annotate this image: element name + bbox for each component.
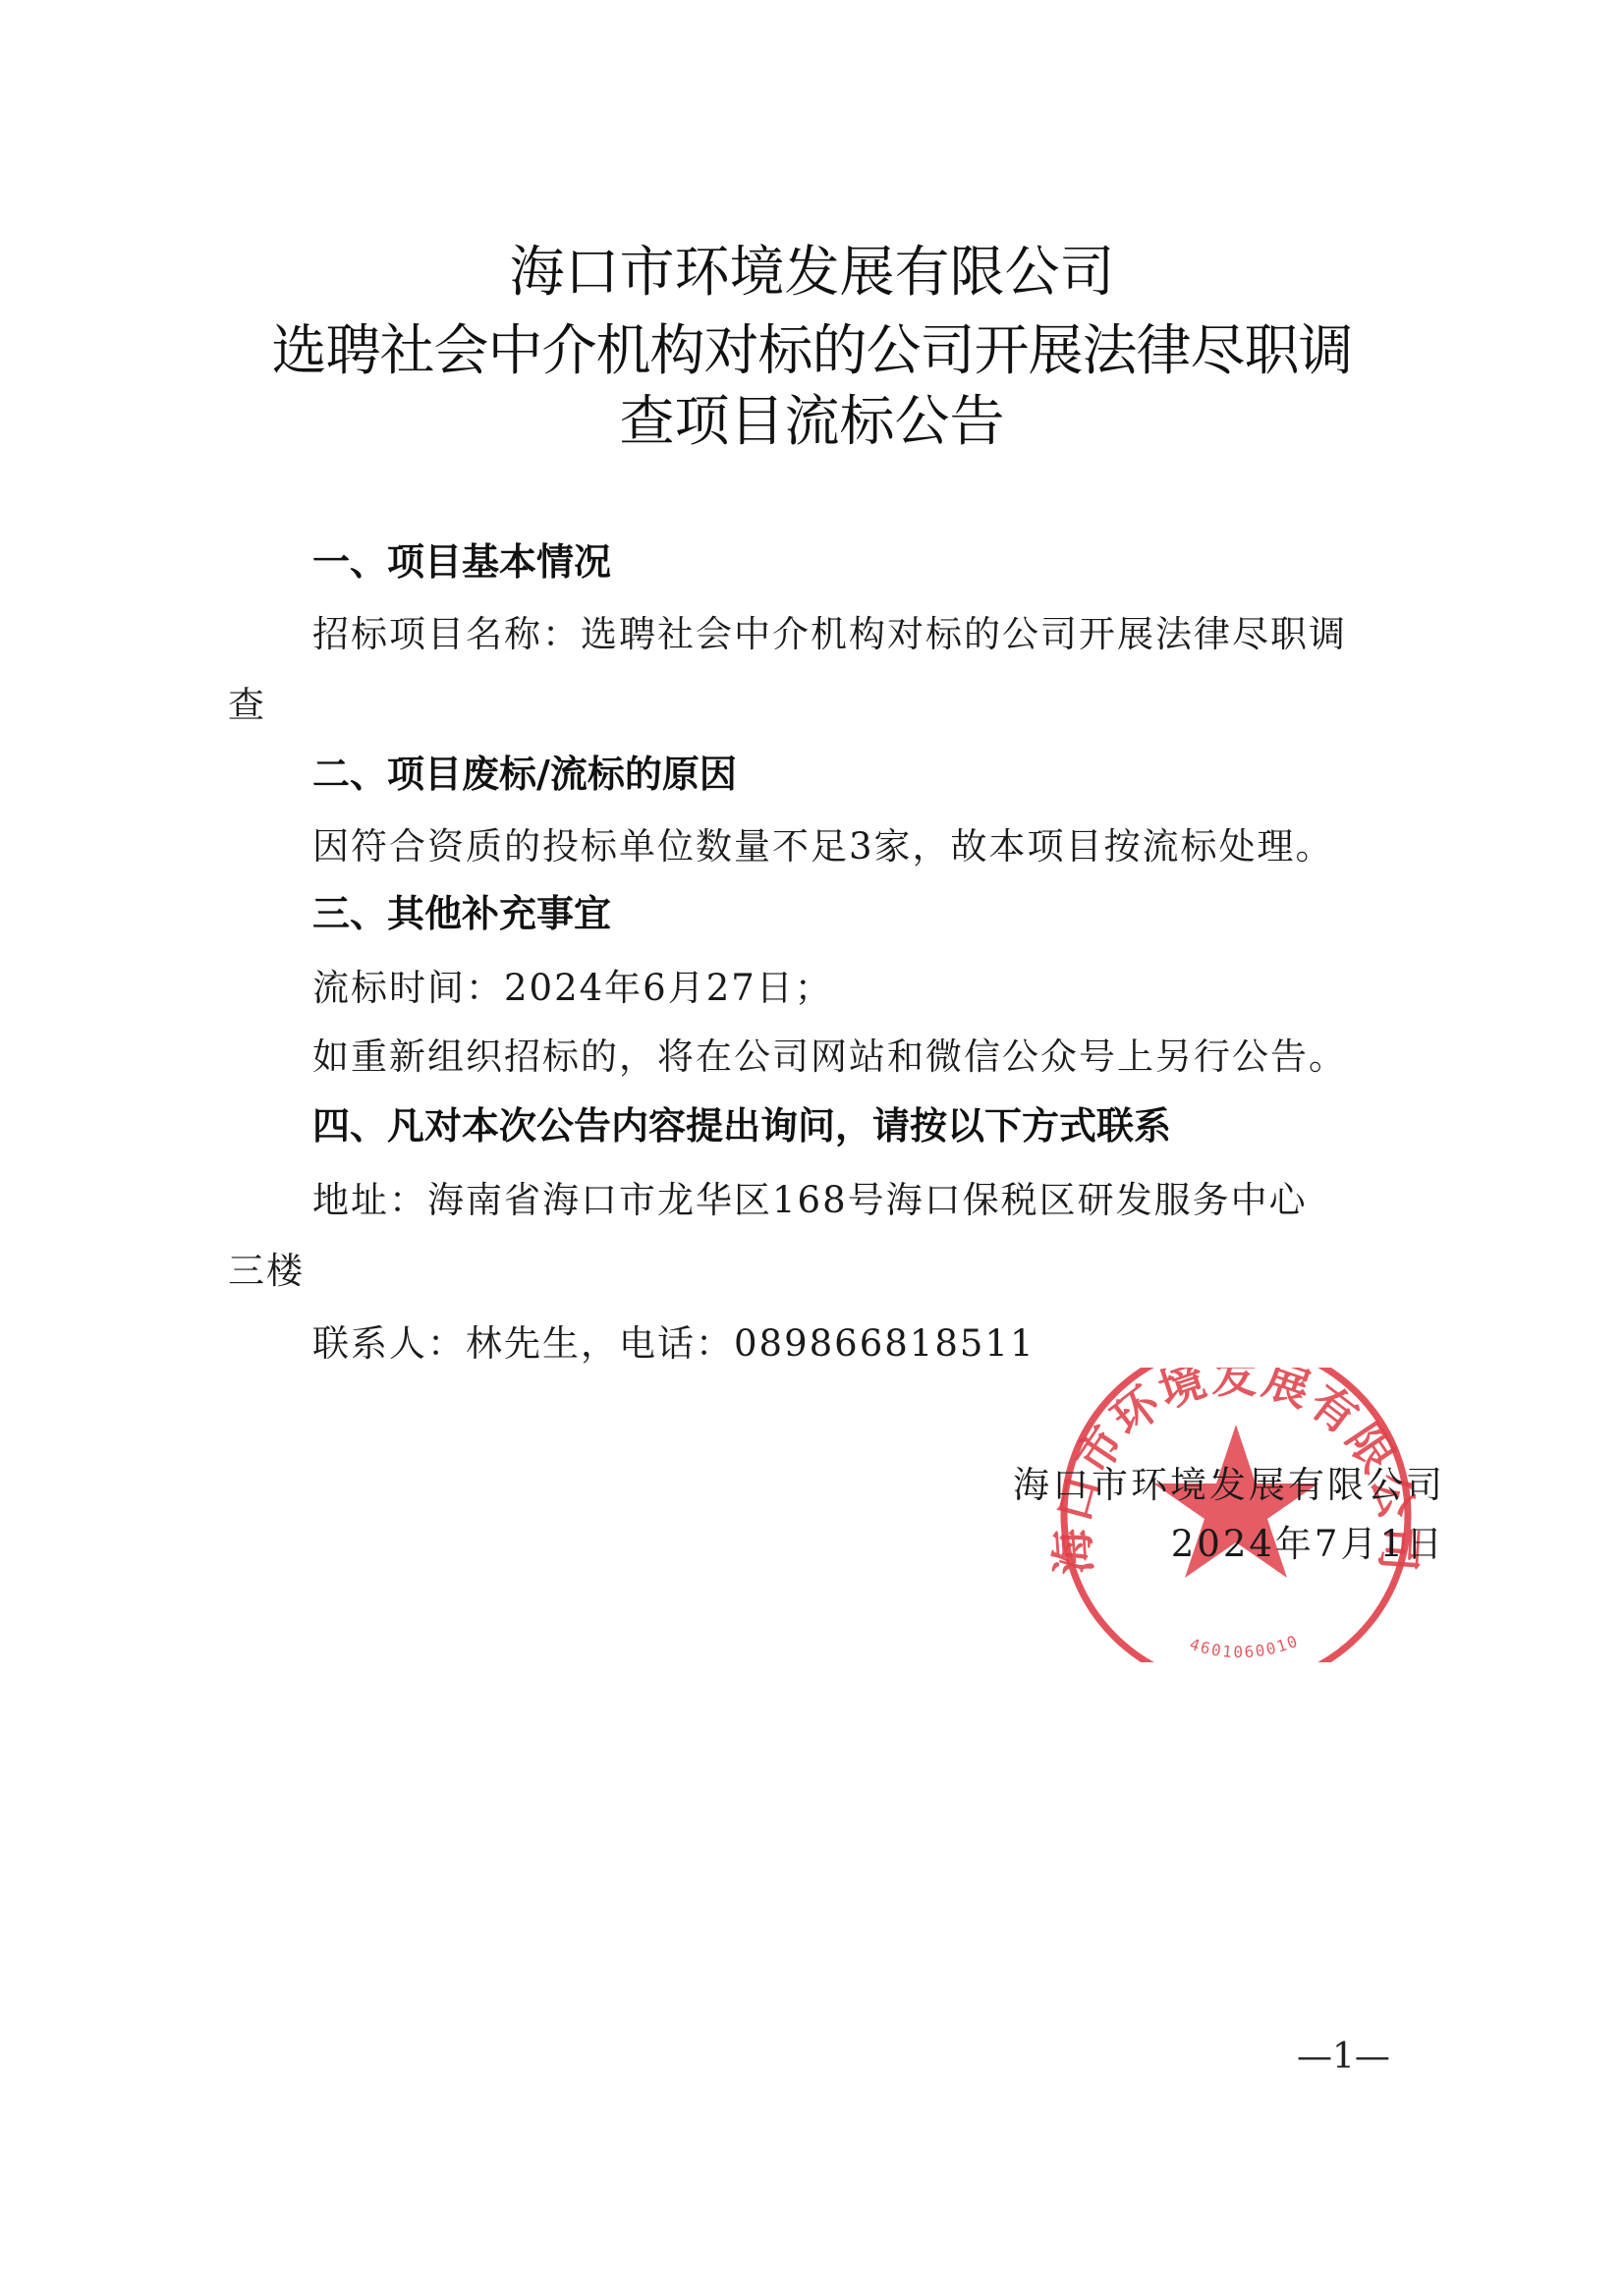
section-4-heading: 四、凡对本次公告内容提出询问，请按以下方式联系 [312,1102,1171,1149]
failure-date: 流标时间：2024年6月27日； [312,965,833,1012]
address-line-1: 地址：海南省海口市龙华区168号海口保税区研发服务中心 [312,1177,1308,1224]
signature-company: 海口市环境发展有限公司 [1013,1462,1445,1509]
page-number: —1— [1297,2036,1390,2079]
title-line-3: 查项目流标公告 [0,391,1624,454]
document-page: 海口市环境发展有限公司 选聘社会中介机构对标的公司开展法律尽职调 查项目流标公告… [0,0,1624,2295]
project-name-line-1: 招标项目名称：选聘社会中介机构对标的公司开展法律尽职调 [312,611,1347,658]
failure-reason: 因符合资质的投标单位数量不足3家，故本项目按流标处理。 [312,823,1334,870]
contact-line: 联系人：林先生，电话：089866818511 [312,1320,1036,1368]
address-line-2: 三楼 [228,1248,305,1295]
section-3-heading: 三、其他补充事宜 [312,890,611,937]
signature-date: 2024年7月1日 [1171,1521,1445,1568]
company-seal-stamp: 海口市环境发展有限公司 4601060010 [1047,1368,1425,1662]
stamp-code: 4601060010 [1188,1631,1302,1661]
re-tender-note: 如重新组织招标的，将在公司网站和微信公众号上另行公告。 [312,1034,1347,1081]
section-1-heading: 一、项目基本情况 [312,538,611,586]
section-2-heading: 二、项目废标/流标的原因 [312,751,737,798]
title-line-2: 选聘社会中介机构对标的公司开展法律尽职调 [0,320,1624,383]
title-line-1: 海口市环境发展有限公司 [0,242,1624,305]
project-name-line-2: 查 [228,682,266,729]
svg-text:4601060010: 4601060010 [1188,1631,1302,1661]
